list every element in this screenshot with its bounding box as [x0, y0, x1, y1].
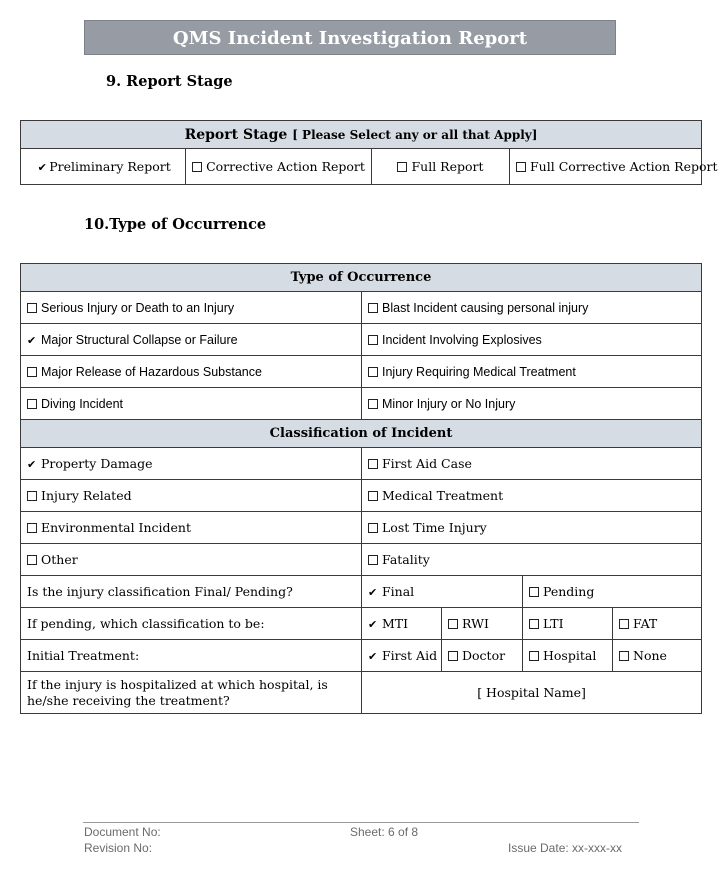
option-final[interactable]: ✔Final	[362, 576, 523, 608]
hospital-name-field[interactable]: [ Hospital Name]	[362, 672, 702, 714]
option-first-aid[interactable]: ✔First Aid	[362, 640, 442, 672]
checkmark-icon[interactable]: ✔	[368, 586, 382, 599]
checkbox-empty-icon[interactable]	[27, 491, 37, 501]
checkbox-empty-icon[interactable]	[529, 619, 539, 629]
checkmark-icon[interactable]: ✔	[27, 458, 41, 471]
classification-injury-related[interactable]: Injury Related	[21, 480, 362, 512]
checkbox-empty-icon[interactable]	[192, 162, 202, 172]
checkbox-empty-icon[interactable]	[368, 399, 378, 409]
option-label: LTI	[543, 616, 564, 631]
option-label: Final	[382, 584, 414, 599]
stage-option-corrective-action[interactable]: Corrective Action Report	[186, 149, 372, 185]
footer-document-no: Document No:	[84, 825, 161, 839]
checkmark-icon[interactable]: ✔	[35, 161, 49, 174]
checkbox-empty-icon[interactable]	[529, 587, 539, 597]
checkbox-empty-icon[interactable]	[368, 335, 378, 345]
classification-lost-time-injury[interactable]: Lost Time Injury	[362, 512, 702, 544]
option-label: Blast Incident causing personal injury	[382, 301, 588, 315]
option-fat[interactable]: FAT	[613, 608, 702, 640]
occurrence-hazardous-release[interactable]: Major Release of Hazardous Substance	[21, 356, 362, 388]
option-label: Property Damage	[41, 456, 153, 471]
checkmark-icon[interactable]: ✔	[368, 650, 382, 663]
classification-environmental[interactable]: Environmental Incident	[21, 512, 362, 544]
checkbox-empty-icon[interactable]	[619, 619, 629, 629]
footer-divider	[83, 822, 639, 823]
checkbox-empty-icon[interactable]	[516, 162, 526, 172]
classification-medical-treatment[interactable]: Medical Treatment	[362, 480, 702, 512]
checkbox-empty-icon[interactable]	[27, 367, 37, 377]
option-label: Serious Injury or Death to an Injury	[41, 301, 234, 315]
checkbox-empty-icon[interactable]	[529, 651, 539, 661]
classification-other[interactable]: Other	[21, 544, 362, 576]
option-lti[interactable]: LTI	[523, 608, 613, 640]
checkbox-empty-icon[interactable]	[27, 303, 37, 313]
final-pending-question: Is the injury classification Final/ Pend…	[21, 576, 362, 608]
stage-option-full-corrective-action[interactable]: Full Corrective Action Report	[510, 149, 702, 185]
initial-treatment-question: Initial Treatment:	[21, 640, 362, 672]
option-label: Hospital	[543, 648, 596, 663]
checkbox-empty-icon[interactable]	[448, 651, 458, 661]
checkbox-empty-icon[interactable]	[448, 619, 458, 629]
option-hospital[interactable]: Hospital	[523, 640, 613, 672]
option-label: Doctor	[462, 648, 505, 663]
option-label: Incident Involving Explosives	[382, 333, 542, 347]
option-label: Pending	[543, 584, 594, 599]
hospital-question: If the injury is hospitalized at which h…	[21, 672, 362, 714]
option-label: Full Corrective Action Report	[530, 159, 718, 174]
option-label: Injury Related	[41, 488, 132, 503]
classification-property-damage[interactable]: ✔Property Damage	[21, 448, 362, 480]
option-label: First Aid Case	[382, 456, 472, 471]
report-title: QMS Incident Investigation Report	[84, 20, 616, 55]
checkbox-empty-icon[interactable]	[368, 367, 378, 377]
option-pending[interactable]: Pending	[523, 576, 702, 608]
option-label: RWI	[462, 616, 489, 631]
checkbox-empty-icon[interactable]	[368, 491, 378, 501]
occurrence-diving-incident[interactable]: Diving Incident	[21, 388, 362, 420]
checkbox-empty-icon[interactable]	[368, 555, 378, 565]
classification-header: Classification of Incident	[21, 420, 702, 448]
section-10-heading: 10.Type of Occurrence	[84, 216, 266, 233]
option-label: Major Structural Collapse or Failure	[41, 333, 238, 347]
option-label: Environmental Incident	[41, 520, 191, 535]
option-none[interactable]: None	[613, 640, 702, 672]
option-label: Major Release of Hazardous Substance	[41, 365, 262, 379]
section-9-heading: 9. Report Stage	[106, 73, 233, 90]
option-label: Fatality	[382, 552, 430, 567]
option-doctor[interactable]: Doctor	[442, 640, 523, 672]
checkbox-empty-icon[interactable]	[397, 162, 407, 172]
report-stage-note: [ Please Select any or all that Apply]	[292, 128, 537, 142]
option-label: None	[633, 648, 667, 663]
checkbox-empty-icon[interactable]	[368, 459, 378, 469]
checkmark-icon[interactable]: ✔	[368, 618, 382, 631]
report-stage-title: Report Stage	[185, 127, 288, 143]
footer-revision-no: Revision No:	[84, 841, 152, 855]
checkbox-empty-icon[interactable]	[27, 399, 37, 409]
option-label: Full Report	[411, 159, 483, 174]
occurrence-medical-treatment-injury[interactable]: Injury Requiring Medical Treatment	[362, 356, 702, 388]
classification-first-aid-case[interactable]: First Aid Case	[362, 448, 702, 480]
option-mti[interactable]: ✔MTI	[362, 608, 442, 640]
occurrence-minor-injury[interactable]: Minor Injury or No Injury	[362, 388, 702, 420]
occurrence-structural-collapse[interactable]: ✔Major Structural Collapse or Failure	[21, 324, 362, 356]
checkbox-empty-icon[interactable]	[27, 555, 37, 565]
classification-fatality[interactable]: Fatality	[362, 544, 702, 576]
occurrence-blast-incident[interactable]: Blast Incident causing personal injury	[362, 292, 702, 324]
option-label: Lost Time Injury	[382, 520, 487, 535]
occurrence-table: Type of Occurrence Serious Injury or Dea…	[20, 263, 702, 714]
pending-classification-question: If pending, which classification to be:	[21, 608, 362, 640]
checkbox-empty-icon[interactable]	[368, 523, 378, 533]
footer-sheet: Sheet: 6 of 8	[350, 825, 418, 839]
option-label: Injury Requiring Medical Treatment	[382, 365, 576, 379]
occurrence-header: Type of Occurrence	[21, 264, 702, 292]
stage-option-full[interactable]: Full Report	[372, 149, 510, 185]
option-label: Diving Incident	[41, 397, 123, 411]
checkbox-empty-icon[interactable]	[619, 651, 629, 661]
option-rwi[interactable]: RWI	[442, 608, 523, 640]
option-label: FAT	[633, 616, 657, 631]
option-label: Medical Treatment	[382, 488, 503, 503]
occurrence-serious-injury[interactable]: Serious Injury or Death to an Injury	[21, 292, 362, 324]
occurrence-explosives[interactable]: Incident Involving Explosives	[362, 324, 702, 356]
checkmark-icon[interactable]: ✔	[27, 334, 41, 347]
option-label: MTI	[382, 616, 408, 631]
checkbox-empty-icon[interactable]	[27, 523, 37, 533]
option-label: Preliminary Report	[49, 159, 170, 174]
option-label: Corrective Action Report	[206, 159, 365, 174]
report-stage-header: Report Stage [ Please Select any or all …	[21, 121, 702, 149]
stage-option-preliminary[interactable]: ✔Preliminary Report	[21, 149, 186, 185]
report-stage-table: Report Stage [ Please Select any or all …	[20, 120, 702, 185]
footer-issue-date: Issue Date: xx-xxx-xx	[508, 841, 622, 855]
option-label: Minor Injury or No Injury	[382, 397, 515, 411]
option-label: First Aid	[382, 648, 437, 663]
checkbox-empty-icon[interactable]	[368, 303, 378, 313]
option-label: Other	[41, 552, 78, 567]
